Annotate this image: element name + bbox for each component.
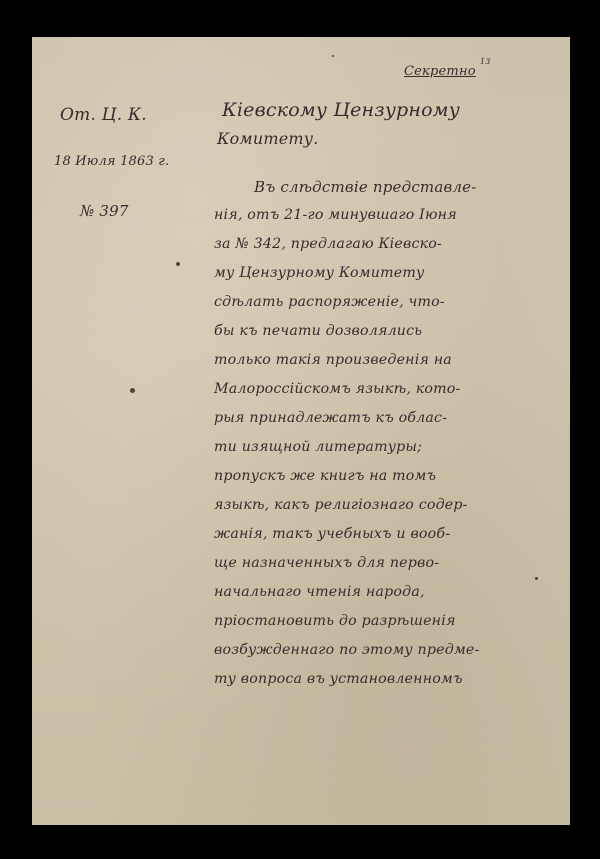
classification-mark: Секретно <box>404 64 476 79</box>
body-line: ти изящной литературы; <box>214 439 422 455</box>
paper-speck <box>332 55 334 57</box>
paper-speck <box>176 262 180 266</box>
body-line: сдѣлать распоряженіе, что- <box>214 294 445 310</box>
document-number: № 397 <box>80 202 129 220</box>
body-line: му Цензурному Комитету <box>214 265 424 281</box>
addressee-line-2: Комитету. <box>217 129 319 148</box>
document-date: 18 Июля 1863 г. <box>54 154 169 169</box>
body-line: ту вопроса въ установленномъ <box>214 671 463 687</box>
paper-speck <box>535 577 538 580</box>
body-line: начальнаго чтенія народа, <box>214 584 425 600</box>
issuing-office: От. Ц. К. <box>60 105 147 125</box>
paper-speck <box>130 388 135 393</box>
body-line: Малороссійскомъ языкѣ, кото- <box>214 381 461 397</box>
body-line: пріостановить до разрѣшенія <box>214 613 456 629</box>
body-line: возбужденнаго по этому предме- <box>214 642 480 658</box>
page-mark: 13 <box>480 57 491 66</box>
body-line: Въ слѣдствіе представле- <box>254 178 477 196</box>
body-line: ще назначенныхъ для перво- <box>214 555 439 571</box>
body-line: нія, отъ 21-го минувшаго Іюня <box>214 207 457 223</box>
body-line: бы къ печати дозволялись <box>214 323 422 339</box>
addressee-line-1: Кіевскому Цензурному <box>222 99 460 121</box>
manuscript-page: Секретно 13 От. Ц. К. 18 Июля 1863 г. № … <box>32 37 570 825</box>
body-line: только такія произведенія на <box>214 352 452 368</box>
body-line: жанія, такъ учебныхъ и вооб- <box>214 526 450 542</box>
body-line: пропускъ же книгъ на томъ <box>214 468 436 484</box>
body-line: рыя принадлежатъ къ облас- <box>214 410 447 426</box>
body-line: языкѣ, какъ религіознаго содер- <box>214 497 468 513</box>
body-line: за № 342, предлагаю Кіевско- <box>214 236 442 252</box>
